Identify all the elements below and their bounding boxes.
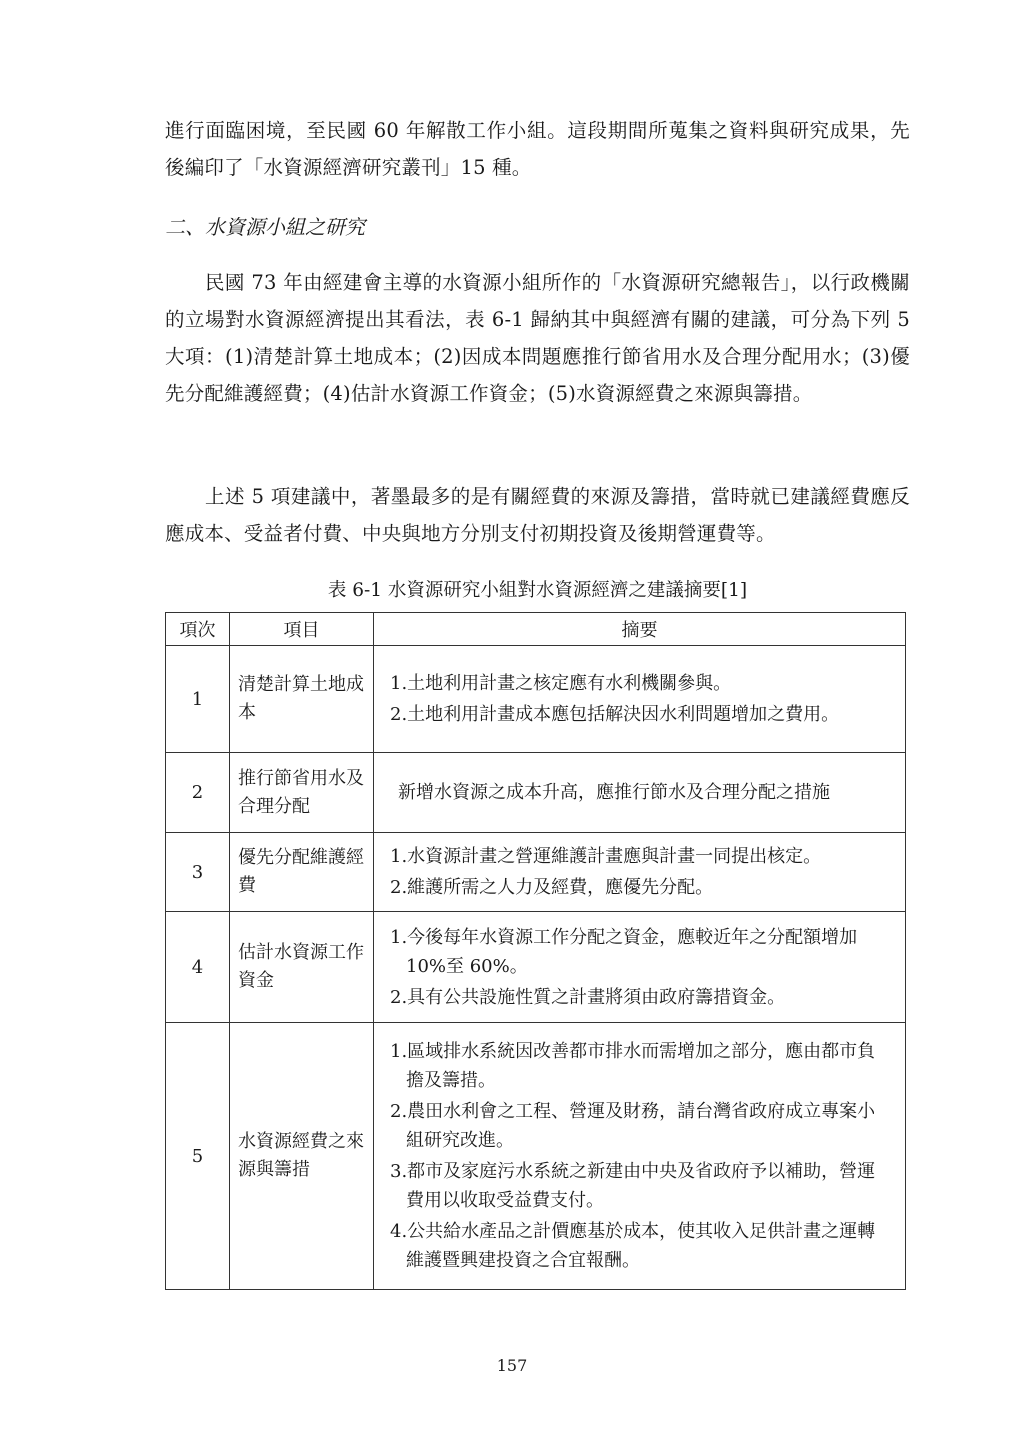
- row-number: 4: [166, 912, 230, 1023]
- paragraph-funding: 上述 5 項建議中，著墨最多的是有關經費的來源及籌措，當時就已建議經費應反應成本…: [165, 478, 910, 552]
- table-row: 3 優先分配維護經費 1.水資源計畫之營運維護計畫應與計畫一同提出核定。 2.維…: [166, 833, 906, 912]
- intro-paragraph: 進行面臨困境，至民國 60 年解散工作小組。這段期間所蒐集之資料與研究成果，先後…: [165, 112, 910, 186]
- row-summary: 1.水資源計畫之營運維護計畫應與計畫一同提出核定。 2.維護所需之人力及經費，應…: [374, 833, 906, 912]
- summary-line: 1.水資源計畫之營運維護計畫應與計畫一同提出核定。: [390, 842, 891, 871]
- header-item: 項目: [230, 613, 374, 646]
- row-number: 5: [166, 1023, 230, 1290]
- row-item: 清楚計算土地成本: [230, 646, 374, 753]
- summary-line: 2.具有公共設施性質之計畫將須由政府籌措資金。: [390, 983, 891, 1012]
- row-number: 3: [166, 833, 230, 912]
- document-page: 進行面臨困境，至民國 60 年解散工作小組。這段期間所蒐集之資料與研究成果，先後…: [0, 0, 1024, 1450]
- row-number: 1: [166, 646, 230, 753]
- summary-line: 1.區域排水系統因改善都市排水而需增加之部分，應由都市負擔及籌措。: [390, 1037, 891, 1095]
- table-header-row: 項次 項目 摘要: [166, 613, 906, 646]
- table-row: 5 水資源經費之來源與籌措 1.區域排水系統因改善都市排水而需增加之部分，應由都…: [166, 1023, 906, 1290]
- table-row: 4 估計水資源工作資金 1.今後每年水資源工作分配之資金，應較近年之分配額增加 …: [166, 912, 906, 1023]
- summary-line: 1.土地利用計畫之核定應有水利機關參與。: [390, 669, 891, 698]
- row-item: 水資源經費之來源與籌措: [230, 1023, 374, 1290]
- summary-line: 2.維護所需之人力及經費，應優先分配。: [390, 873, 891, 902]
- row-item: 推行節省用水及合理分配: [230, 753, 374, 833]
- summary-line: 3.都市及家庭污水系統之新建由中央及省政府予以補助，營運費用以收取受益費支付。: [390, 1157, 891, 1215]
- table-row: 1 清楚計算土地成本 1.土地利用計畫之核定應有水利機關參與。 2.土地利用計畫…: [166, 646, 906, 753]
- table-row: 2 推行節省用水及合理分配 新增水資源之成本升高，應推行節水及合理分配之措施: [166, 753, 906, 833]
- summary-line: 4.公共給水產品之計價應基於成本，使其收入足供計畫之運轉維護暨興建投資之合宜報酬…: [390, 1217, 891, 1275]
- summary-line: 新增水資源之成本升高，應推行節水及合理分配之措施: [390, 778, 891, 807]
- summary-line: 2.農田水利會之工程、營運及財務，請台灣省政府成立專案小組研究改進。: [390, 1097, 891, 1155]
- row-item: 優先分配維護經費: [230, 833, 374, 912]
- summary-line: 2.土地利用計畫成本應包括解決因水利問題增加之費用。: [390, 700, 891, 729]
- row-item: 估計水資源工作資金: [230, 912, 374, 1023]
- paragraph-report-summary: 民國 73 年由經建會主導的水資源小組所作的「水資源研究總報告」，以行政機關的立…: [165, 264, 910, 412]
- table-caption: 表 6-1 水資源研究小組對水資源經濟之建議摘要[1]: [165, 577, 910, 605]
- row-number: 2: [166, 753, 230, 833]
- row-summary: 1.土地利用計畫之核定應有水利機關參與。 2.土地利用計畫成本應包括解決因水利問…: [374, 646, 906, 753]
- header-no: 項次: [166, 613, 230, 646]
- row-summary: 新增水資源之成本升高，應推行節水及合理分配之措施: [374, 753, 906, 833]
- row-summary: 1.今後每年水資源工作分配之資金，應較近年之分配額增加 10%至 60%。 2.…: [374, 912, 906, 1023]
- row-summary: 1.區域排水系統因改善都市排水而需增加之部分，應由都市負擔及籌措。 2.農田水利…: [374, 1023, 906, 1290]
- summary-line: 1.今後每年水資源工作分配之資金，應較近年之分配額增加 10%至 60%。: [390, 923, 891, 981]
- header-summary: 摘要: [374, 613, 906, 646]
- recommendation-table: 項次 項目 摘要 1 清楚計算土地成本 1.土地利用計畫之核定應有水利機關參與。…: [165, 612, 906, 1290]
- section-heading: 二、水資源小組之研究: [165, 212, 365, 242]
- page-number: 157: [0, 1356, 1024, 1375]
